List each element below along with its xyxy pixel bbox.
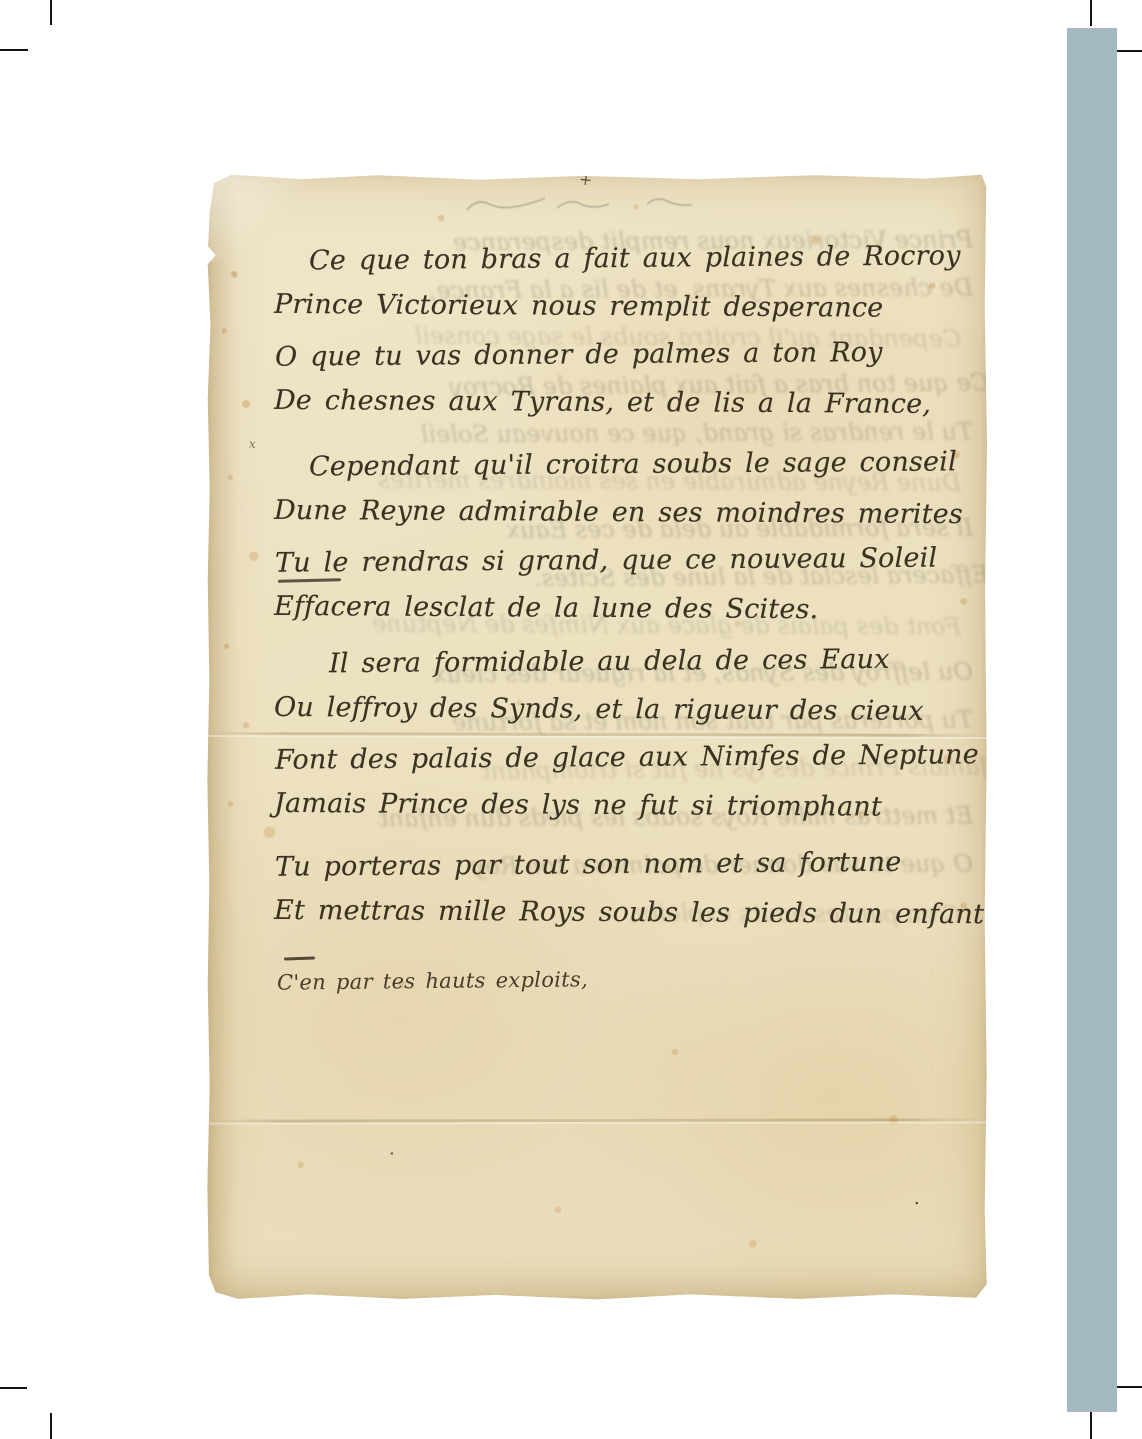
poem-line: O que tu vas donner de palmes a ton Roy (275, 328, 963, 381)
stanza-2: Cependant qu'il croitra soubs le sage co… (275, 441, 963, 633)
scanned-page: Prince Victorieux nous remplit desperanc… (0, 0, 1142, 1439)
pencil-annotation-squiggle (462, 189, 712, 221)
crop-mark-top-left-vertical (50, 0, 52, 25)
poem-line: Et mettras mille Roys soubs les pieds du… (274, 887, 962, 939)
side-accent-bar (1067, 28, 1117, 1412)
poem-line: De chesnes aux Tyrans, et de lis a la Fr… (274, 377, 962, 429)
crop-mark-bottom-right-horizontal (1115, 1386, 1142, 1388)
crop-mark-top-right-horizontal (1115, 50, 1142, 52)
crop-mark-top-left-horizontal (0, 49, 28, 51)
crop-mark-bottom-left-vertical (50, 1413, 52, 1439)
x-mark: x (249, 437, 256, 451)
crop-mark-bottom-right-vertical (1090, 1412, 1092, 1439)
plus-mark: + (578, 169, 593, 189)
crop-mark-top-right-vertical (1090, 0, 1092, 26)
separator-dash (284, 956, 315, 960)
crop-mark-bottom-left-horizontal (0, 1387, 27, 1389)
poem-line: Ou leffroy des Synds, et la rigueur des … (274, 684, 962, 736)
poem-line: Tu le rendras si grand, que ce nouveau S… (275, 534, 963, 587)
poem-line: Ce que ton bras a fait aux plaines de Ro… (275, 232, 963, 285)
stanza-4: Tu porteras par tout son nom et sa fortu… (275, 841, 963, 937)
poem-line: Prince Victorieux nous remplit desperanc… (274, 281, 962, 333)
closing-line: C'en par tes hauts exploits, (277, 967, 588, 994)
poem-line: Dune Reyne admirable en ses moindres mer… (274, 487, 962, 539)
poem-line: Cependant qu'il croitra soubs le sage co… (275, 438, 963, 491)
poem-line: Jamais Prince des lys ne fut si triompha… (274, 780, 962, 832)
poem-text: Ce que ton bras a fait aux plaines de Ro… (275, 235, 963, 937)
fold-crease-lower (207, 1118, 987, 1122)
stanza-1: Ce que ton bras a fait aux plaines de Ro… (275, 235, 963, 427)
stanza-3: Il sera formidable au dela de ces Eaux O… (275, 638, 963, 830)
poem-line: Tu porteras par tout son nom et sa fortu… (275, 838, 963, 891)
poem-line: Il sera formidable au dela de ces Eaux (275, 635, 963, 688)
poem-line: Effacera lesclat de la lune des Scites. (274, 583, 962, 635)
manuscript-paper: Prince Victorieux nous remplit desperanc… (207, 173, 987, 1300)
poem-line: Font des palais de glace aux Nimfes de N… (275, 731, 963, 784)
